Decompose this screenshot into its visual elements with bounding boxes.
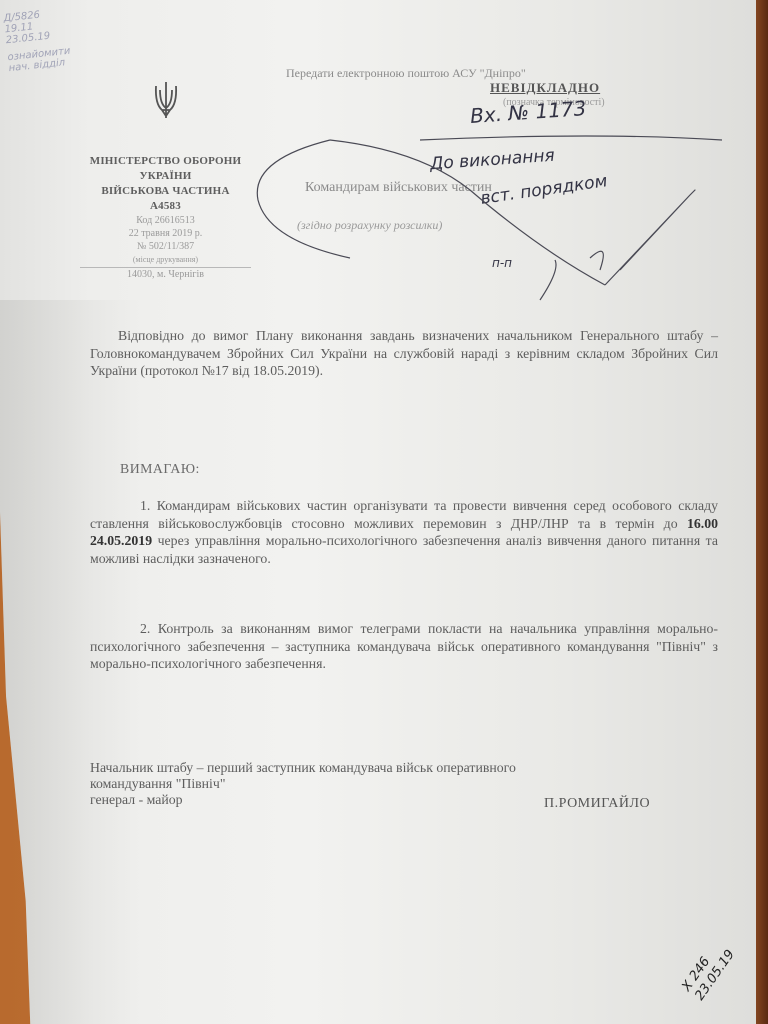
handwritten-signature-strokes [0, 0, 756, 320]
signer-title: Начальник штабу – перший заступник коман… [90, 760, 718, 776]
signer-name: П.РОМИГАЙЛО [544, 796, 650, 812]
item-1-text: 1. Командирам військових частин організу… [90, 498, 718, 531]
item-1-paragraph: 1. Командирам військових частин організу… [90, 497, 718, 567]
signer-title-cont: командування "Північ" [90, 776, 718, 792]
item-2-paragraph: 2. Контроль за виконанням вимог телеграм… [90, 620, 718, 673]
handwritten-note-bottom-right: Х 246 23.05.19 [679, 938, 738, 1004]
document-page: Д/5826 19.11 23.05.19 ознайомити нач. ві… [0, 0, 756, 1024]
desk-edge [754, 0, 768, 1024]
item-1-text-end: через управління морально-психологічного… [90, 533, 718, 566]
intro-paragraph: Відповідно до вимог Плану виконання завд… [90, 327, 718, 380]
demand-heading: ВИМАГАЮ: [120, 461, 200, 477]
